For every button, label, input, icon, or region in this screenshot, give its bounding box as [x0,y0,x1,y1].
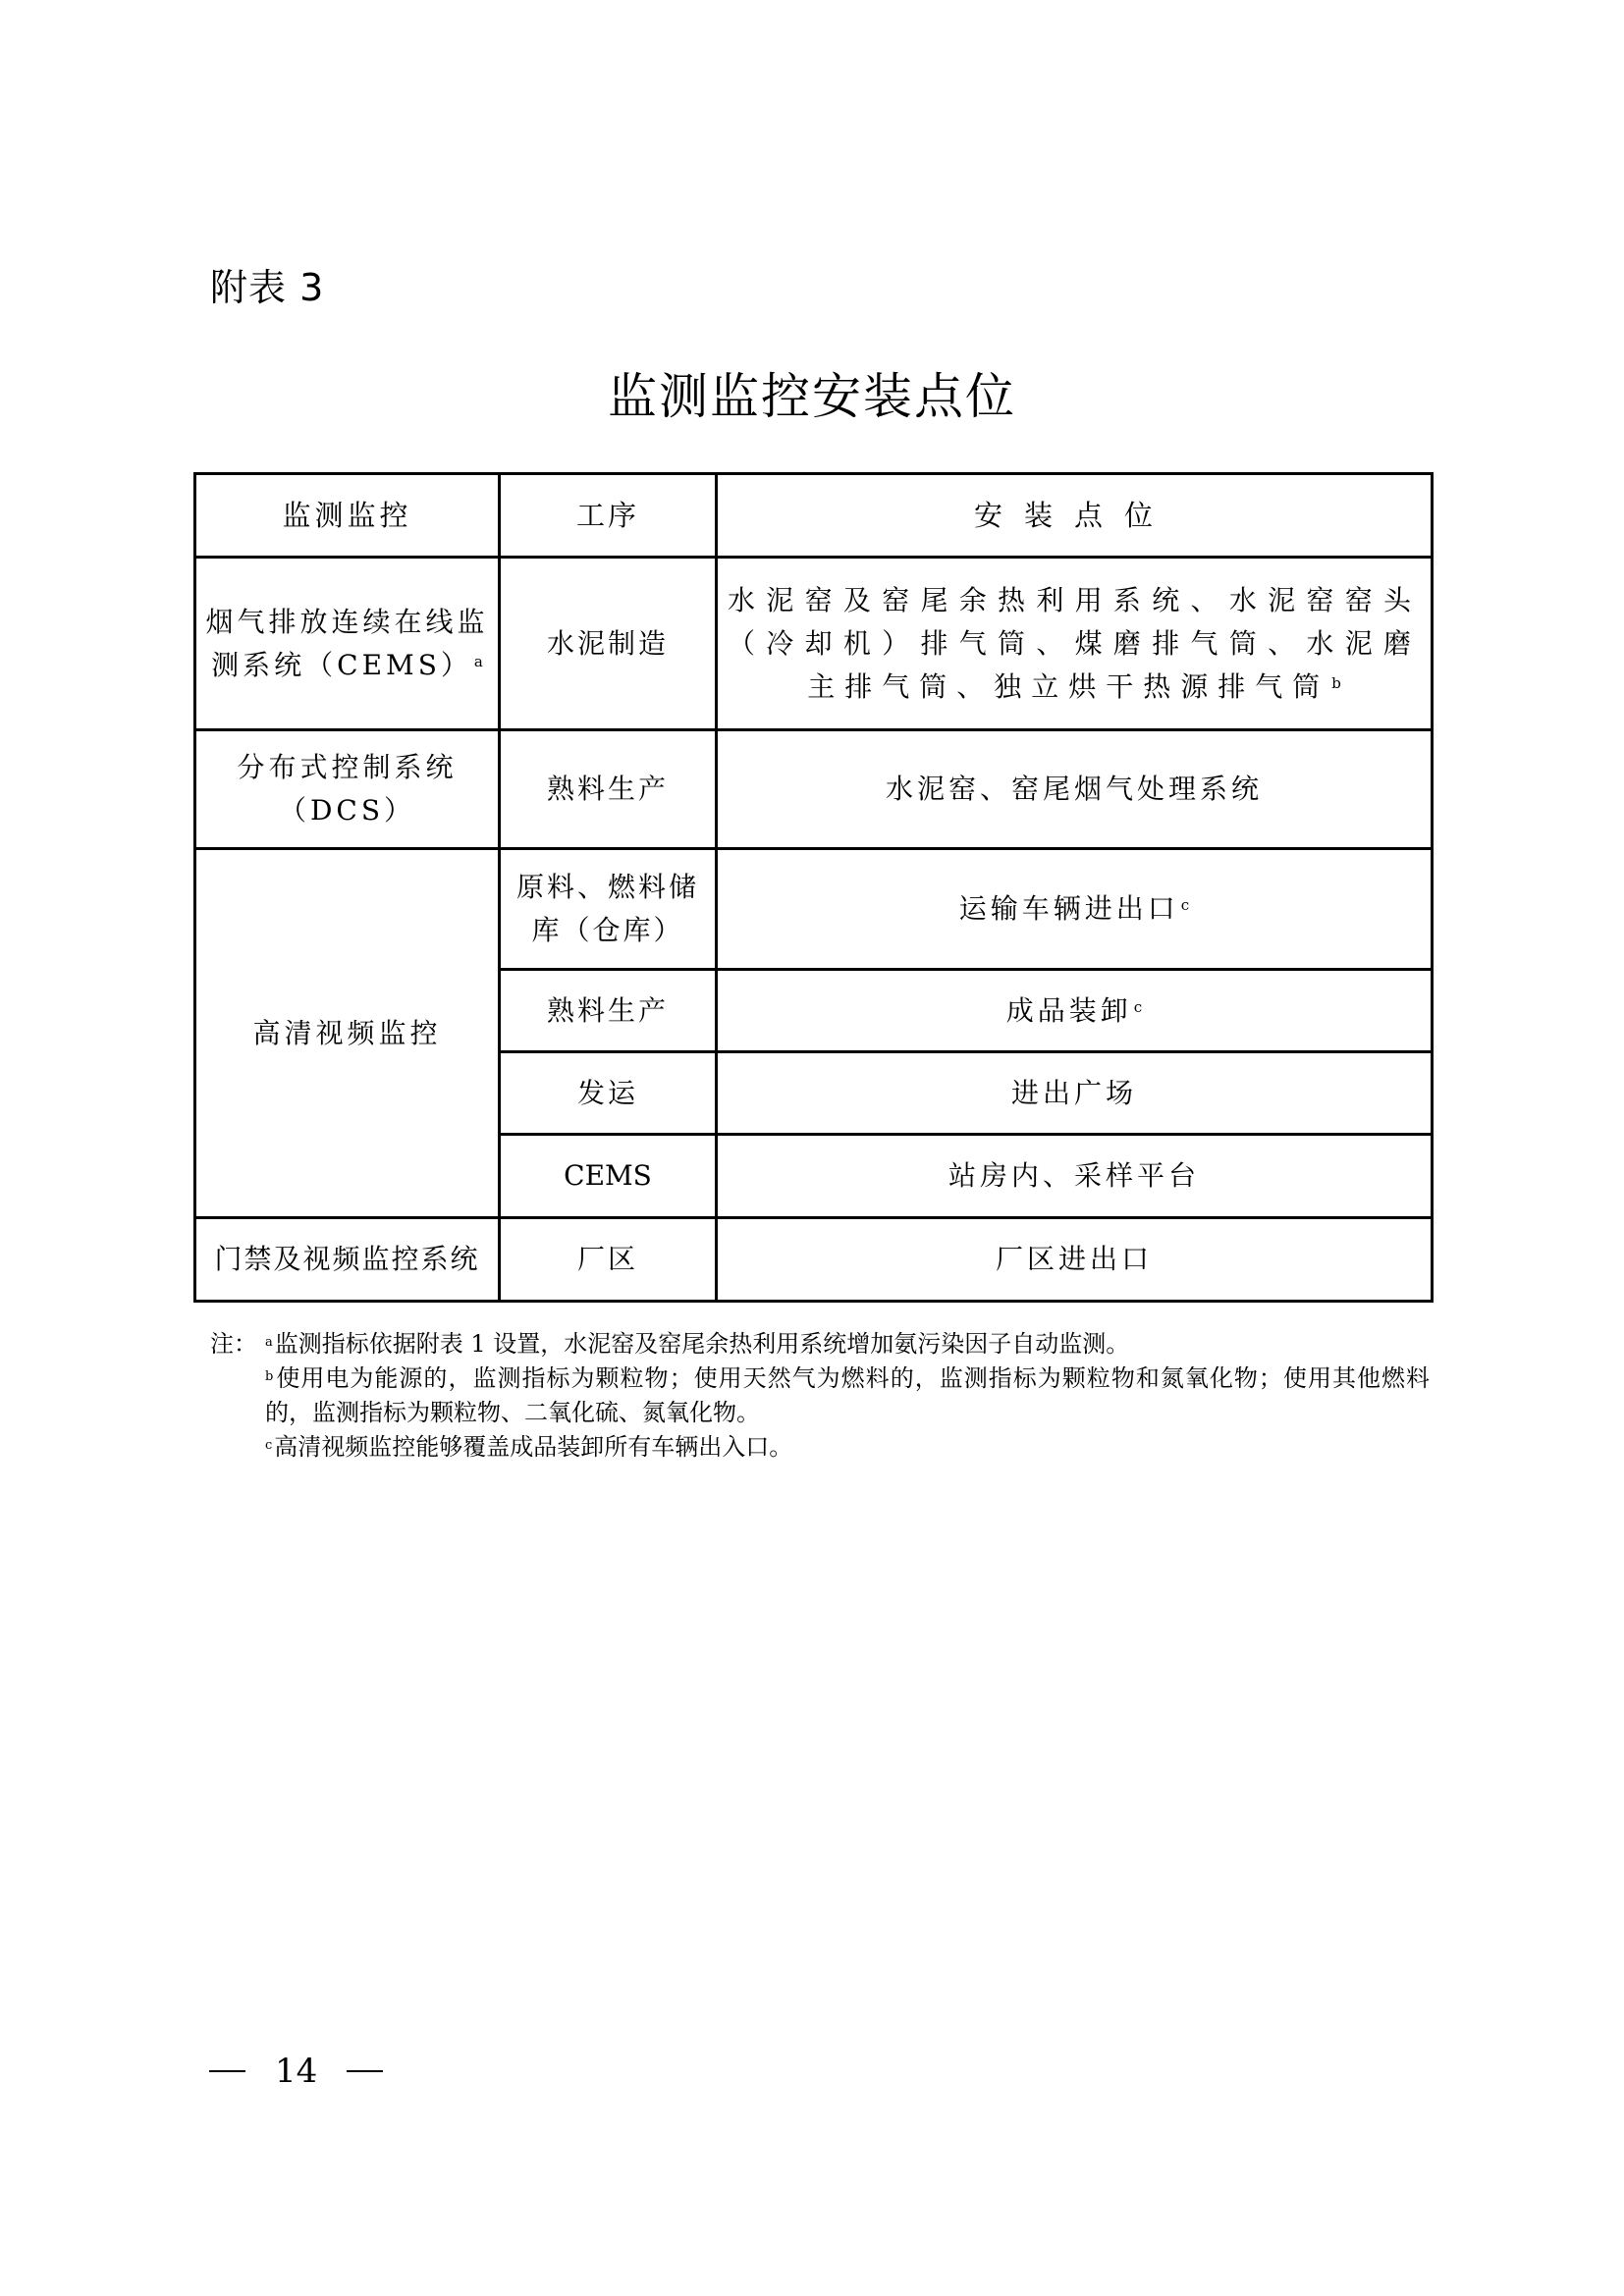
cell-monitoring: 门禁及视频监控系统 [195,1218,500,1302]
page-number-text: 14 [275,2052,317,2091]
footnote-mark: c [265,1438,272,1453]
cell-process: CEMS [500,1135,717,1218]
cell-location: 成品装卸c [717,970,1433,1052]
cell-location: 运输车辆进出口c [717,849,1433,970]
cell-monitoring: 烟气排放连续在线监测系统（CEMS）a [195,558,500,730]
note-c: c高清视频监控能够覆盖成品装卸所有车辆出入口。 [210,1430,1430,1465]
page-number: 14 [209,2052,383,2091]
note-b: b使用电为能源的，监测指标为颗粒物；使用天然气为燃料的，监测指标为颗粒物和氮氧化… [210,1362,1430,1430]
page-title: 监测监控安装点位 [0,357,1624,428]
cell-process: 水泥制造 [500,558,717,730]
cell-process: 熟料生产 [500,970,717,1052]
cell-text: 运输车辆进出口 [959,892,1179,925]
cell-process: 熟料生产 [500,730,717,849]
footnote-mark: b [265,1369,273,1384]
dash-left [209,2070,245,2072]
table-row: 分布式控制系统（DCS） 熟料生产 水泥窑、窑尾烟气处理系统 [195,730,1433,849]
table-row: 高清视频监控 原料、燃料储库（仓库） 运输车辆进出口c [195,849,1433,970]
footnote-mark: a [265,1335,273,1350]
header-monitoring: 监测监控 [195,474,500,558]
header-location: 安装点位 [717,474,1433,558]
footnote-mark: a [474,653,483,670]
cell-location: 水泥窑、窑尾烟气处理系统 [717,730,1433,849]
cell-location: 水泥窑及窑尾余热利用系统、水泥窑窑头（冷却机）排气筒、煤磨排气筒、水泥磨主排气筒… [717,558,1433,730]
table-header-row: 监测监控 工序 安装点位 [195,474,1433,558]
dash-right [347,2070,383,2072]
note-a: 注：a监测指标依据附表 1 设置，水泥窑及窑尾余热利用系统增加氨污染因子自动监测… [210,1327,1430,1362]
note-text: 使用电为能源的，监测指标为颗粒物；使用天然气为燃料的，监测指标为颗粒物和氮氧化物… [265,1364,1430,1426]
cell-text: 烟气排放连续在线监测系统（CEMS） [205,606,488,681]
cell-monitoring: 分布式控制系统（DCS） [195,730,500,849]
cell-text: 水泥窑及窑尾余热利用系统、水泥窑窑头（冷却机）排气筒、煤磨排气筒、水泥磨主排气筒… [728,584,1421,703]
footnote-mark: c [1134,998,1142,1016]
table-row: 门禁及视频监控系统 厂区 厂区进出口 [195,1218,1433,1302]
table-notes: 注：a监测指标依据附表 1 设置，水泥窑及窑尾余热利用系统增加氨污染因子自动监测… [210,1327,1430,1465]
notes-label: 注： [210,1327,265,1362]
cell-location: 进出广场 [717,1052,1433,1135]
cell-location: 厂区进出口 [717,1218,1433,1302]
monitoring-locations-table: 监测监控 工序 安装点位 烟气排放连续在线监测系统（CEMS）a 水泥制造 水泥… [193,472,1434,1303]
cell-monitoring: 高清视频监控 [195,849,500,1218]
note-text: 监测指标依据附表 1 设置，水泥窑及窑尾余热利用系统增加氨污染因子自动监测。 [275,1330,1130,1358]
page-title-text: 监测监控安装点位 [608,357,1016,428]
cell-process: 发运 [500,1052,717,1135]
cell-location: 站房内、采样平台 [717,1135,1433,1218]
cell-text: 成品装卸 [1006,994,1132,1027]
cell-process: 厂区 [500,1218,717,1302]
cell-process: 原料、燃料储库（仓库） [500,849,717,970]
table-row: 烟气排放连续在线监测系统（CEMS）a 水泥制造 水泥窑及窑尾余热利用系统、水泥… [195,558,1433,730]
header-process: 工序 [500,474,717,558]
appendix-label: 附表 3 [210,257,324,311]
footnote-mark: c [1181,896,1189,914]
footnote-mark: b [1331,674,1341,692]
note-text: 高清视频监控能够覆盖成品装卸所有车辆出入口。 [274,1433,792,1461]
